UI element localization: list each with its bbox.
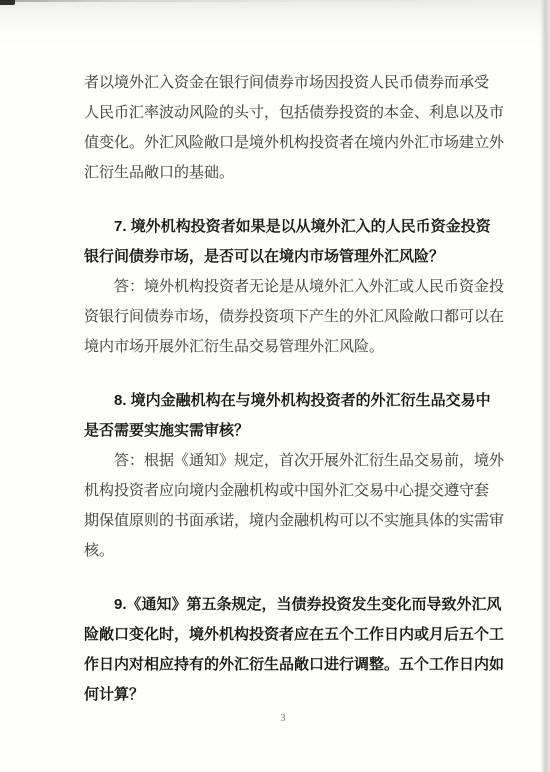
scan-artifact-right-shadow xyxy=(540,0,550,772)
text-line: 答：根据《通知》规定，首次开展外汇衍生品交易前，境外 xyxy=(84,446,482,476)
text-line: 境内市场开展外汇衍生品交易管理外汇风险。 xyxy=(84,332,482,362)
text-line: 者以境外汇入资金在银行间债券市场因投资人民币债券而承受 xyxy=(84,68,482,98)
text-line: 银行间债券市场，是否可以在境内市场管理外汇风险？ xyxy=(84,242,482,272)
text-line: 7. 境外机构投资者如果是以从境外汇入的人民币资金投资 xyxy=(84,212,482,242)
question-paragraph: 9.《通知》第五条规定，当债券投资发生变化而导致外汇风险敞口变化时，境外机构投资… xyxy=(84,590,482,710)
text-line: 汇衍生品敞口的基础。 xyxy=(84,158,482,188)
text-line: 是否需要实施实需审核？ xyxy=(84,416,482,446)
text-line: 作日内对相应持有的外汇衍生品敞口进行调整。五个工作日内如 xyxy=(84,650,482,680)
text-line: 机构投资者应向境内金融机构或中国外汇交易中心提交遵守套 xyxy=(84,476,482,506)
document-content: 者以境外汇入资金在银行间债券市场因投资人民币债券而承受人民币汇率波动风险的头寸，… xyxy=(84,68,482,726)
text-line: 答：境外机构投资者无论是从境外汇入外汇或人民币资金投 xyxy=(84,272,482,302)
text-line: 人民币汇率波动风险的头寸，包括债券投资的本金、利息以及市 xyxy=(84,98,482,128)
text-line: 何计算？ xyxy=(84,680,482,710)
question-paragraph: 7. 境外机构投资者如果是以从境外汇入的人民币资金投资银行间债券市场，是否可以在… xyxy=(84,212,482,272)
scan-artifact-top-line xyxy=(0,0,550,2)
text-line: 8. 境内金融机构在与境外机构投资者的外汇衍生品交易中 xyxy=(84,386,482,416)
answer-paragraph: 答：根据《通知》规定，首次开展外汇衍生品交易前，境外机构投资者应向境内金融机构或… xyxy=(84,446,482,566)
text-line: 险敞口变化时，境外机构投资者应在五个工作日内或月后五个工 xyxy=(84,620,482,650)
page-number: 3 xyxy=(84,712,482,726)
text-line: 9.《通知》第五条规定，当债券投资发生变化而导致外汇风 xyxy=(84,590,482,620)
text-line: 核。 xyxy=(84,536,482,566)
scan-artifact-corner-mark xyxy=(0,0,15,5)
text-line: 资银行间债券市场，债券投资项下产生的外汇风险敞口都可以在 xyxy=(84,302,482,332)
document-blocks: 者以境外汇入资金在银行间债券市场因投资人民币债券而承受人民币汇率波动风险的头寸，… xyxy=(84,68,482,710)
answer-paragraph: 答：境外机构投资者无论是从境外汇入外汇或人民币资金投资银行间债券市场，债券投资项… xyxy=(84,272,482,362)
body-paragraph: 者以境外汇入资金在银行间债券市场因投资人民币债券而承受人民币汇率波动风险的头寸，… xyxy=(84,68,482,188)
question-paragraph: 8. 境内金融机构在与境外机构投资者的外汇衍生品交易中是否需要实施实需审核？ xyxy=(84,386,482,446)
text-line: 期保值原则的书面承诺，境内金融机构可以不实施具体的实需审 xyxy=(84,506,482,536)
text-line: 值变化。外汇风险敞口是境外机构投资者在境内外汇市场建立外 xyxy=(84,128,482,158)
scanned-document-page: 者以境外汇入资金在银行间债券市场因投资人民币债券而承受人民币汇率波动风险的头寸，… xyxy=(0,0,550,772)
